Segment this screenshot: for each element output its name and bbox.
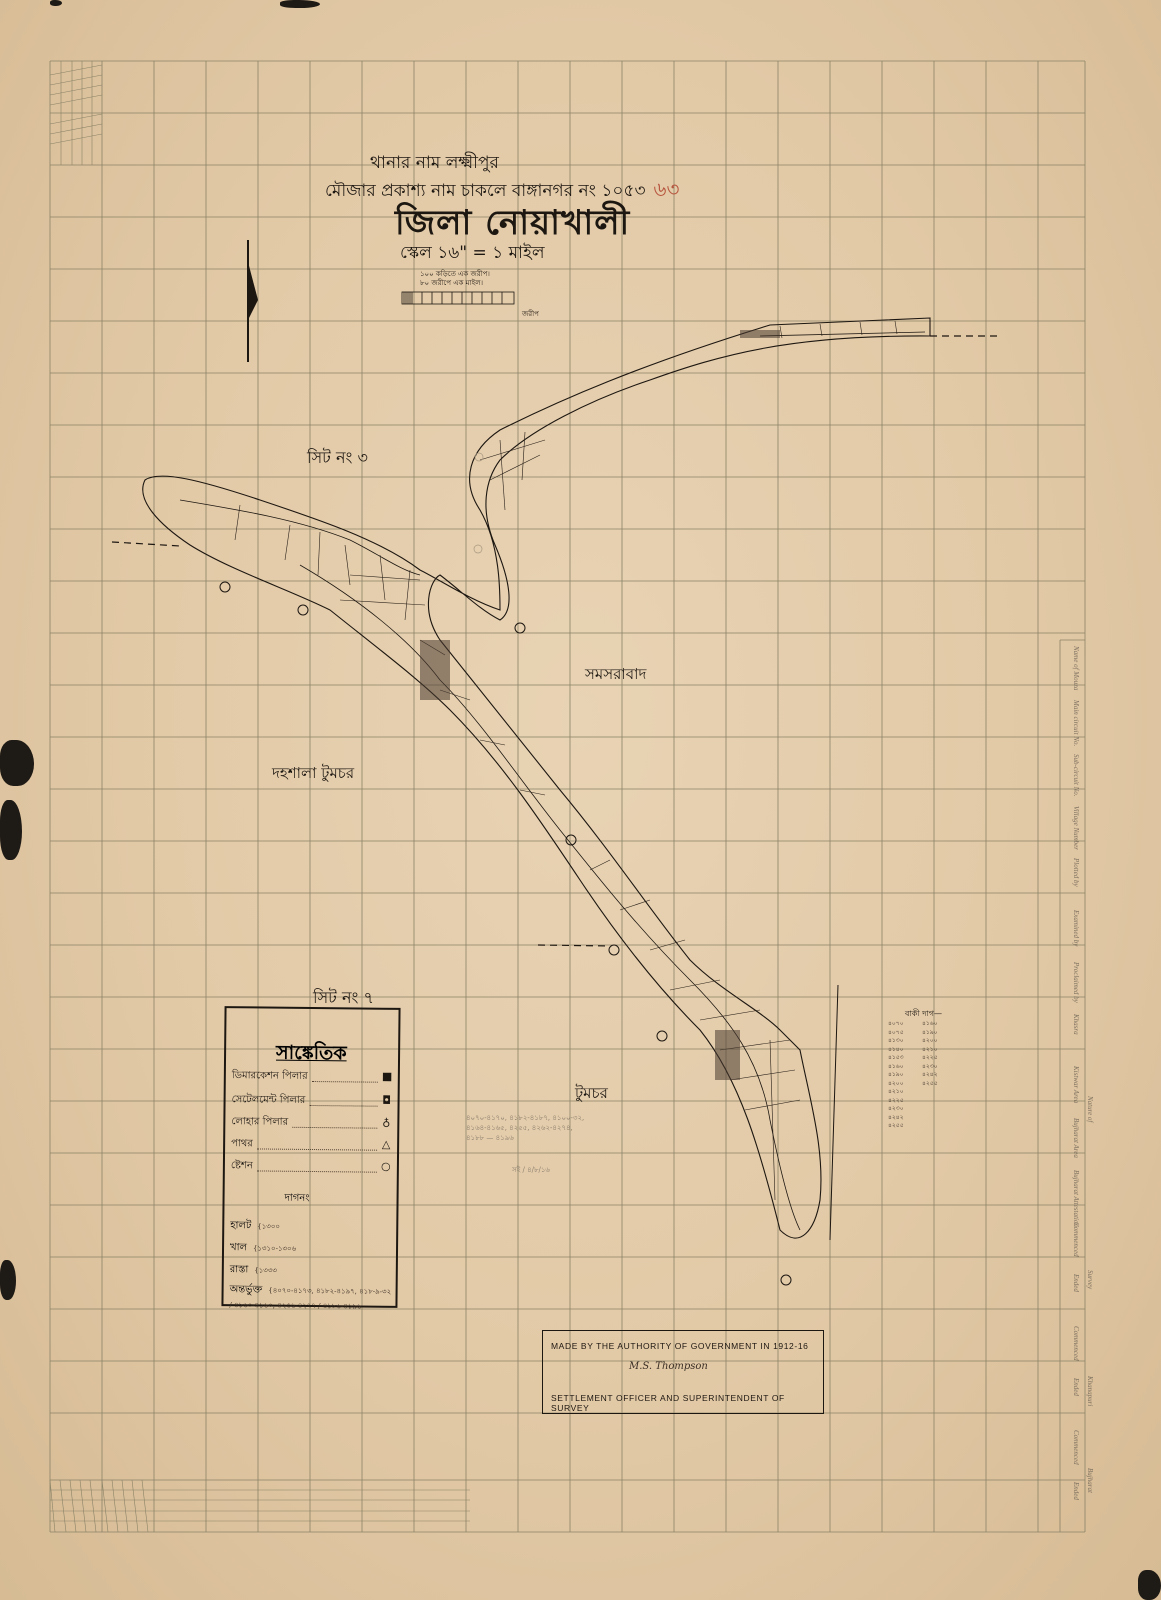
officer-title: SETTLEMENT OFFICER AND SUPERINTENDENT OF… [551,1393,823,1413]
pencil-parcel-ranges: ৪০৭০-৪১৭০, ৪১৮২-৪১৮৭, ৪১০০-৩২, ৪১৬৪-৪১৬৫… [466,1113,584,1143]
margin-heading: Plotted by [1072,858,1080,887]
plot-row: অন্তর্ভুক্ত{৪০৭০-৪১৭৩, ৪১৮২-৪১৯৭, ৪১৮-৯-… [229,1282,394,1313]
margin-group: Khanapuri [1086,1376,1094,1406]
map-sheet: থানার নাম লক্ষ্মীপুর মৌজার প্রকাশ্য নাম … [0,0,1161,1600]
mouza-red-number: ৬৩ [654,177,680,201]
legend-title: সাঙ্কেতিক [276,1039,347,1072]
survey-grid [50,61,1085,1532]
legend-box: সাঙ্কেতিক ডিমারকেশন পিলার■ সেটেলমেন্ট পি… [221,1006,400,1308]
margin-heading: Examined by [1072,910,1080,946]
legend-item: পাথর△ [231,1136,391,1155]
plot-row: হালট{১৩০০ [230,1218,280,1236]
margin-group: Nature of [1086,1096,1094,1122]
margin-heading: Commenced [1072,1430,1080,1465]
legend-item: সেটেলমেন্ট পিলার◘ [231,1092,391,1111]
plots-heading: দাগনং [284,1191,309,1208]
margin-heading: Village Number [1072,806,1080,850]
signature: M.S. Thompson [629,1361,708,1372]
margin-heading: Commenced [1072,1326,1080,1361]
authority-box: MADE BY THE AUTHORITY OF GOVERNMENT IN 1… [542,1330,824,1414]
legend-item: লোহার পিলার♁ [231,1114,391,1133]
map-scale: স্কেল ১৬" = ১ মাইল [400,240,545,268]
margin-heading: Main circuit No. [1072,700,1080,746]
sheet-3-label: সিট নং ৩ [307,445,368,472]
margin-heading: Bujharat Attestation [1072,1170,1080,1227]
margin-heading: Commenced [1072,1222,1080,1257]
station-icon: ○ [381,1160,391,1177]
margin-heading: Kistwar Area [1072,1066,1080,1103]
iron-pillar-icon: ♁ [381,1116,391,1133]
margin-heading: Name of Mouza [1072,646,1080,690]
margin-heading: Bujharat Area [1072,1118,1080,1158]
pencil-initials: সই / ৪/৮/১৬ [512,1165,550,1175]
scale-note-2: ৮০ জরীপে এক মাইল। [420,279,490,288]
demarcation-pillar-icon: ■ [382,1070,392,1087]
margin-heading: Khasra [1072,1014,1080,1035]
north-arrow-icon [248,240,258,362]
diagonal-scale-bottom [50,1480,470,1532]
legend-item: ডিমারকেশন পিলার■ [232,1068,392,1087]
margin-heading: Ended [1072,1274,1080,1292]
thana-name: থানার নাম লক্ষ্মীপুর [370,150,499,178]
boundary-continuation [112,336,1000,946]
plot-row: খাল{১৩১০-১৩০৬ [230,1240,296,1258]
pencil-line-3: ৪১৮৮ — ৪১৯৬ [466,1133,584,1143]
village-tumchar: টুমচর [575,1082,608,1107]
margin-group: Survey [1086,1270,1094,1289]
authority-line: MADE BY THE AUTHORITY OF GOVERNMENT IN 1… [551,1341,808,1351]
stone-icon: △ [381,1138,391,1155]
margin-heading: Proclaimed by [1072,962,1080,1003]
legend-item: ষ্টেশন○ [231,1158,391,1177]
margin-heading: Ended [1072,1378,1080,1396]
village-dashshala-tumchar: দহশালা টুমচর [272,762,354,787]
pencil-line-1: ৪০৭০-৪১৭০, ৪১৮২-৪১৮৭, ৪১০০-৩২, [466,1113,584,1123]
plot-row: রাস্তা{১৩৩৩ [230,1262,277,1279]
parcel-list-col2: ৪১৬০৪১৯০৪২০০ ৪২১০৪২২৫৪২৩০ ৪২৪২৪২৫৫ [922,1020,938,1088]
margin-heading: Sub-circuit No. [1072,754,1080,797]
margin-heading: Ended [1072,1482,1080,1500]
scale-bar [402,292,514,304]
scale-bar-unit: জরীপ [522,308,539,320]
sheet-boundary-line [830,985,838,1240]
village-samsarabad: সমসরাবাদ [585,663,646,688]
settlement-pillar-icon: ◘ [381,1094,391,1111]
pencil-line-2: ৪১৬৪-৪১৬৫, ৪২৫৫, ৪২৬২-৪২৭৪, [466,1123,584,1133]
scale-note-1: ১০০ কড়িতে এক জরীপ। [420,270,490,279]
scale-bar-note: ১০০ কড়িতে এক জরীপ। ৮০ জরীপে এক মাইল। [420,270,490,288]
margin-group: Bujharat [1086,1468,1094,1493]
parcel-list: ৪০৭০৪০৭৫৪১৩০ ৪১৪০৪১৫৩৪১৬০ ৪১৯০৪২০০৪২১০ ৪… [888,1020,904,1131]
